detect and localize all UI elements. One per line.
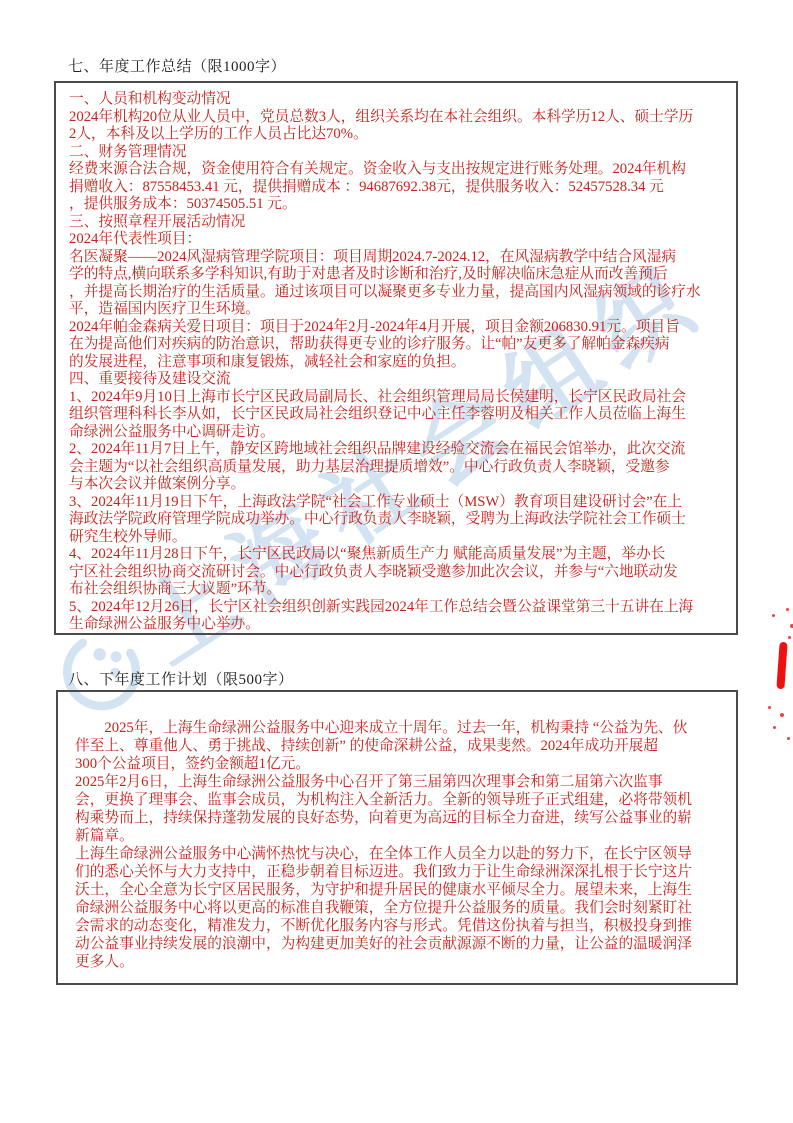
red-pen-dot (780, 713, 784, 717)
next-year-work-plan-text: 2025年，上海生命绿洲公益服务中心迎来成立十周年。过去一年，机构秉持 “公益为… (58, 692, 736, 971)
red-pen-dot (787, 737, 790, 740)
annual-work-summary-text: 一、人员和机构变动情况 2024年机构20位从业人员中，党员总数3人，组织关系均… (56, 83, 736, 634)
red-pen-dot (788, 636, 791, 639)
red-pen-dot (786, 608, 789, 611)
document-page: 上海社会组织 七、年度工作总结（限1000字） 一、人员和机构变动情况 2024… (0, 0, 793, 1123)
red-pen-stroke (776, 642, 787, 689)
red-pen-dot (773, 726, 776, 729)
section-8-content-box: 2025年，上海生命绿洲公益服务中心迎来成立十周年。过去一年，机构秉持 “公益为… (56, 690, 738, 985)
section-7-content-box: 一、人员和机构变动情况 2024年机构20位从业人员中，党员总数3人，组织关系均… (54, 81, 738, 635)
red-pen-dot (772, 614, 775, 617)
section-8-title: 八、下年度工作计划（限500字） (68, 668, 294, 689)
red-pen-dot (768, 706, 771, 709)
section-7-title: 七、年度工作总结（限1000字） (68, 55, 286, 76)
